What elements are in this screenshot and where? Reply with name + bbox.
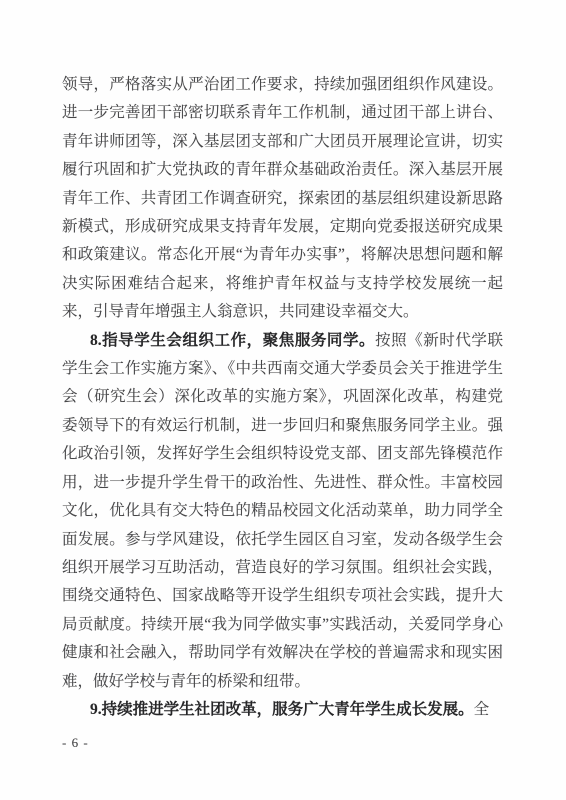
paragraph: 领导，严格落实从严治团工作要求，持续加强团组织作风建设。进一步完善团干部密切联系… [62,71,503,327]
paragraph-text: 全 [474,701,490,718]
page-number: - 6 - [62,735,89,751]
paragraph-text: 领导，严格落实从严治团工作要求，持续加强团组织作风建设。进一步完善团干部密切联系… [62,76,503,320]
paragraph: 8.指导学生会组织工作，聚焦服务同学。按照《新时代学联学生会工作实施方案》、《中… [62,327,503,696]
paragraph-lead-bold: 8.指导学生会组织工作，聚焦服务同学。 [90,332,375,349]
paragraph-lead-bold: 9.持续推进学生社团改革，服务广大青年学生成长发展。 [90,701,474,718]
document-page: 领导，严格落实从严治团工作要求，持续加强团组织作风建设。进一步完善团干部密切联系… [0,0,566,800]
paragraph: 9.持续推进学生社团改革，服务广大青年学生成长发展。全 [62,696,503,724]
paragraph-text: 按照《新时代学联学生会工作实施方案》、《中共西南交通大学委员会关于推进学生会（研… [62,332,503,690]
document-body: 领导，严格落实从严治团工作要求，持续加强团组织作风建设。进一步完善团干部密切联系… [62,71,503,724]
